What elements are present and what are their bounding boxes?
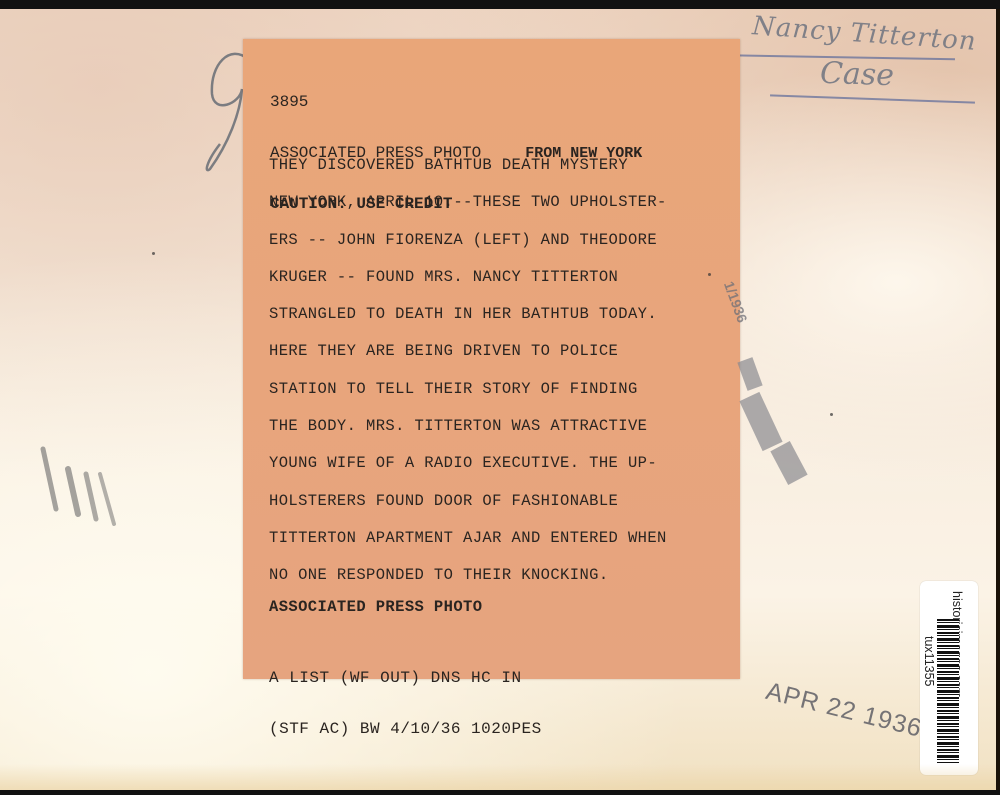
ink-smudge (739, 392, 782, 451)
dust-speck (708, 273, 711, 276)
body-line: STRANGLED TO DEATH IN HER BATHTUB TODAY. (269, 296, 734, 333)
scan-edge (996, 9, 1000, 790)
photo-number: 3895 (270, 94, 642, 111)
paper-bottom-discoloration (0, 764, 996, 790)
body-line: YOUNG WIFE OF A RADIO EXECUTIVE. THE UP- (269, 445, 734, 482)
pencil-marks-icon (38, 444, 128, 534)
footer-line: A LIST (WF OUT) DNS HC IN (269, 670, 542, 687)
ink-smudge (737, 357, 762, 391)
body-line: HOLSTERERS FOUND DOOR OF FASHIONABLE (269, 483, 734, 520)
dust-speck (152, 252, 155, 255)
body-line: TITTERTON APARTMENT AJAR AND ENTERED WHE… (269, 520, 734, 557)
photo-credit: ASSOCIATED PRESS PHOTO (269, 598, 482, 616)
photo-back-paper: Nancy Titterton Case 3895 ASSOCIATED PRE… (0, 9, 996, 790)
dust-speck (830, 413, 833, 416)
footer-line: (STF AC) BW 4/10/36 1020PES (269, 721, 542, 738)
ink-smudge (770, 441, 807, 485)
body-line: NO ONE RESPONDED TO THEIR KNOCKING. (269, 557, 734, 594)
body-line: KRUGER -- FOUND MRS. NANCY TITTERTON (269, 259, 734, 296)
caption-card: 3895 ASSOCIATED PRESS PHOTO FROM NEW YOR… (243, 39, 740, 679)
handwritten-underline (770, 94, 975, 103)
caption-body: THEY DISCOVERED BATHTUB DEATH MYSTERY NE… (269, 147, 734, 595)
handwritten-case: Case (819, 56, 894, 94)
inventory-label: historicimages.com tux11355 (920, 581, 978, 775)
label-item-code: tux11355 (922, 636, 936, 687)
body-line: THE BODY. MRS. TITTERTON WAS ATTRACTIVE (269, 408, 734, 445)
body-line: ERS -- JOHN FIORENZA (LEFT) AND THEODORE (269, 222, 734, 259)
body-line: NEW YORK, APRIL 10.--THESE TWO UPHOLSTER… (269, 184, 734, 221)
body-line: STATION TO TELL THEIR STORY OF FINDING (269, 371, 734, 408)
barcode-icon (937, 619, 959, 763)
wire-routing-footer: A LIST (WF OUT) DNS HC IN (STF AC) BW 4/… (269, 636, 542, 772)
body-line: HERE THEY ARE BEING DRIVEN TO POLICE (269, 333, 734, 370)
received-date-stamp: APR 22 1936 (763, 677, 925, 744)
handwritten-name: Nancy Titterton (751, 11, 977, 57)
headline: THEY DISCOVERED BATHTUB DEATH MYSTERY (269, 147, 734, 184)
